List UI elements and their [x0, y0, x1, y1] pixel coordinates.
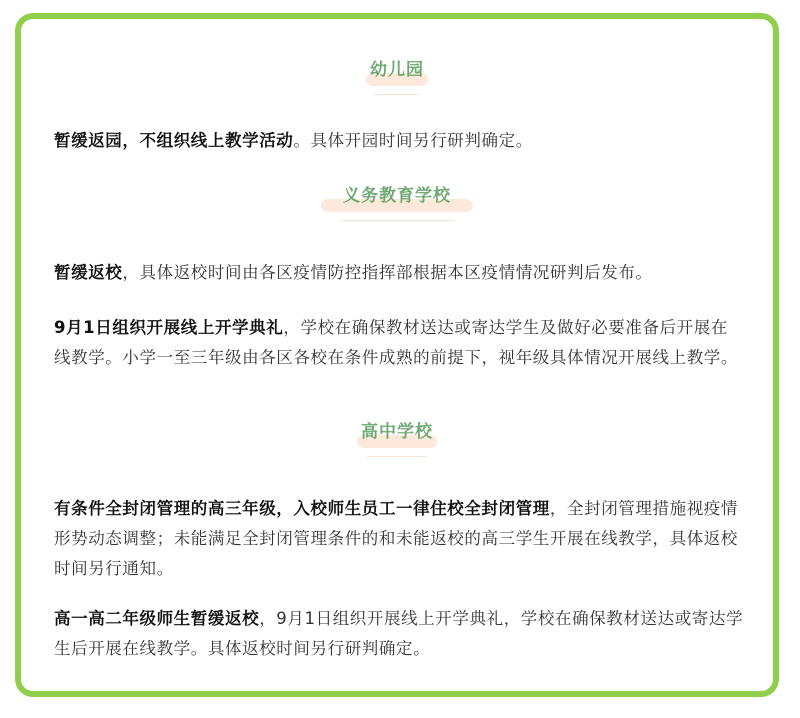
paragraph: 暂缓返园，不组织线上教学活动。具体开园时间另行研判确定。: [54, 126, 744, 156]
paragraph-bold: 高一高二年级师生暂缓返校: [54, 609, 259, 628]
paragraph-bold: 有条件全封闭管理的高三年级，入校师生员工一律住校全封闭管理: [54, 499, 550, 518]
paragraph-text: ，具体返校时间由各区疫情防控指挥部根据本区疫情情况研判后发布。: [122, 263, 652, 282]
heading-underline: [367, 456, 427, 457]
heading-underline: [340, 220, 454, 221]
paragraph: 暂缓返校，具体返校时间由各区疫情防控指挥部根据本区疫情情况研判后发布。: [54, 258, 744, 288]
notice-card: 幼儿园 暂缓返园，不组织线上教学活动。具体开园时间另行研判确定。 义务教育学校 …: [15, 13, 779, 697]
paragraph-bold: 暂缓返校: [54, 263, 122, 282]
paragraph-bold: 9月1日组织开展线上开学典礼: [54, 318, 283, 337]
heading-underline: [374, 94, 420, 95]
paragraph-text: 。具体开园时间另行研判确定。: [293, 131, 532, 150]
section-heading-high-school: 高中学校: [21, 417, 773, 442]
section-title: 高中学校: [353, 417, 441, 442]
section-title: 幼儿园: [362, 55, 432, 80]
paragraph-bold: 暂缓返园，不组织线上教学活动: [54, 131, 293, 150]
section-heading-compulsory-education: 义务教育学校: [21, 181, 773, 206]
section-heading-kindergarten: 幼儿园: [21, 55, 773, 80]
paragraph: 有条件全封闭管理的高三年级，入校师生员工一律住校全封闭管理，全封闭管理措施视疫情…: [54, 494, 744, 584]
paragraph: 高一高二年级师生暂缓返校，9月1日组织开展线上开学典礼，学校在确保教材送达或寄达…: [54, 604, 744, 664]
section-title: 义务教育学校: [335, 181, 459, 206]
paragraph: 9月1日组织开展线上开学典礼，学校在确保教材送达或寄达学生及做好必要准备后开展在…: [54, 313, 744, 373]
